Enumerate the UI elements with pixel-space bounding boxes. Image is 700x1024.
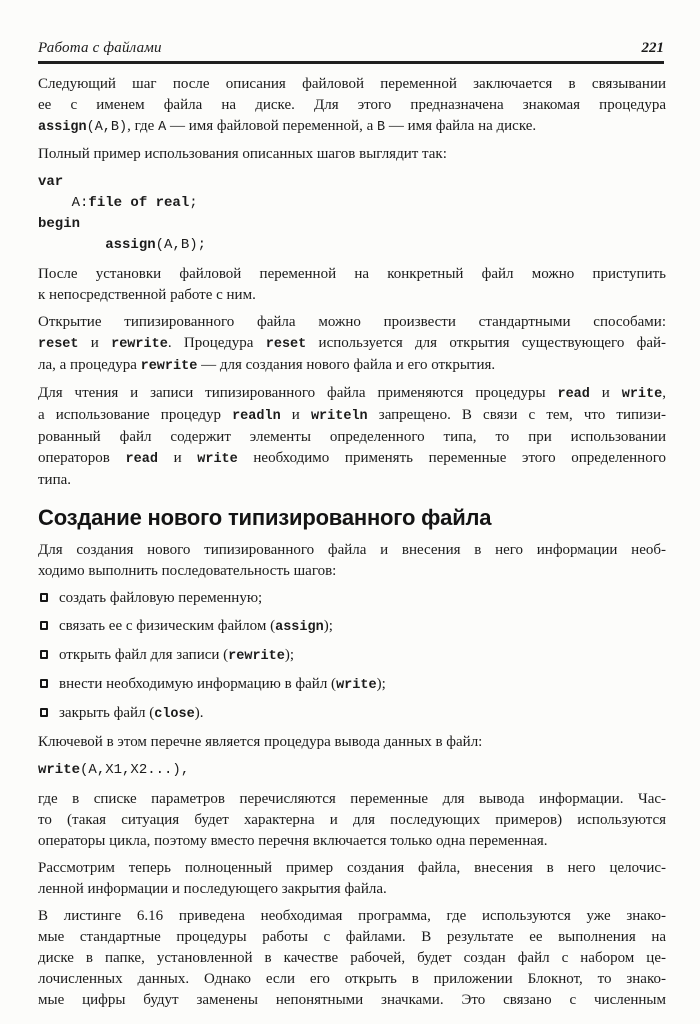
text-segment: ее с именем файла на диске. Для этого пр…: [38, 97, 666, 113]
bullet-text: закрыть файл (close).: [59, 703, 204, 725]
text-line: ходимо выполнить последовательность шаго…: [38, 561, 666, 582]
code-segment: (A,B): [87, 120, 128, 135]
text-line: мые цифры будут заменены непонятными зна…: [38, 990, 666, 1011]
code-segment: read: [557, 387, 589, 402]
text-line: reset и rewrite. Процедура reset использ…: [38, 333, 666, 355]
text-line: Следующий шаг после описания файловой пе…: [38, 74, 666, 95]
bullet-text: внести необходимую информацию в файл (wr…: [59, 674, 386, 696]
text-segment: создать файловую переменную;: [59, 590, 262, 606]
text-line: Открытие типизированного файла можно про…: [38, 312, 666, 333]
text-segment: — имя файловой переменной, а: [166, 118, 377, 134]
text-line: лочисленных данных. Однако если его откр…: [38, 969, 666, 990]
code-segment: ;: [189, 195, 197, 211]
text-line: мые стандартные процедуры работы с файла…: [38, 927, 666, 948]
code-segment: assign: [275, 620, 324, 635]
text-segment: ).: [195, 705, 204, 721]
code-segment: reset: [266, 337, 307, 352]
text-segment: );: [285, 647, 294, 663]
page-number: 221: [642, 40, 665, 57]
text-line: Для создания нового типизированного файл…: [38, 540, 666, 561]
text-segment: операторы цикла, поэтому вместо перечня …: [38, 833, 548, 849]
code-segment: write: [622, 387, 663, 402]
code-segment: rewrite: [141, 359, 198, 374]
code-segment: assign: [105, 237, 155, 253]
text-segment: то (такая ситуация будет характерна и дл…: [38, 812, 666, 828]
text-segment: В листинге 6.16 приведена необходимая пр…: [38, 908, 666, 924]
paragraph: Для создания нового типизированного файл…: [38, 540, 666, 582]
paragraph: Ключевой в этом перечне является процеду…: [38, 732, 666, 753]
text-segment: и: [281, 407, 311, 423]
code-block: var A:file of real;begin assign(A,B);: [38, 172, 666, 256]
text-segment: — имя файла на диске.: [385, 118, 536, 134]
square-bullet-icon: [40, 593, 48, 602]
text-segment: внести необходимую информацию в файл (: [59, 676, 336, 692]
code-segment: rewrite: [228, 649, 285, 664]
text-line: а использование процедур readln и writel…: [38, 405, 666, 427]
square-bullet-icon: [40, 679, 48, 688]
square-bullet-icon: [40, 650, 48, 659]
list-item: внести необходимую информацию в файл (wr…: [38, 674, 666, 696]
code-segment: (A,B);: [156, 237, 206, 253]
code-segment: read: [126, 452, 158, 467]
text-line: ла, а процедура rewrite — для создания н…: [38, 355, 666, 377]
paragraph: Рассмотрим теперь полноценный пример соз…: [38, 858, 666, 900]
text-segment: Для чтения и записи типизированного файл…: [38, 385, 557, 401]
text-segment: . Процедура: [168, 335, 266, 351]
text-segment: связать ее с физическим файлом (: [59, 618, 275, 634]
code-segment: var: [38, 174, 63, 190]
text-segment: ходимо выполнить последовательность шаго…: [38, 563, 336, 579]
page-content: Следующий шаг после описания файловой пе…: [38, 74, 666, 1011]
book-page: Работа с файлами 221 Следующий шаг после…: [0, 0, 700, 1024]
page-header: Работа с файлами 221: [38, 40, 664, 64]
text-line: После установки файловой переменной на к…: [38, 264, 666, 285]
text-line: рованный файл содержит элементы определе…: [38, 427, 666, 448]
text-segment: закрыть файл (: [59, 705, 154, 721]
paragraph: Следующий шаг после описания файловой пе…: [38, 74, 666, 138]
text-segment: к непосредственной работе с ним.: [38, 287, 256, 303]
running-title: Работа с файлами: [38, 40, 162, 57]
text-line: Полный пример использования описанных ша…: [38, 144, 666, 165]
text-segment: Рассмотрим теперь полноценный пример соз…: [38, 860, 666, 876]
square-bullet-icon: [40, 621, 48, 630]
code-line: var: [38, 172, 666, 193]
code-segment: reset: [38, 337, 79, 352]
text-segment: мые цифры будут заменены непонятными зна…: [38, 992, 666, 1008]
text-segment: ,: [662, 385, 666, 401]
text-line: ленной информации и последующего закрыти…: [38, 879, 666, 900]
text-line: где в списке параметров перечисляются пе…: [38, 789, 666, 810]
text-segment: );: [377, 676, 386, 692]
text-segment: После установки файловой переменной на к…: [38, 266, 666, 282]
text-segment: типа.: [38, 472, 71, 488]
text-segment: запрещено. В связи с тем, что типизи-: [368, 407, 666, 423]
text-segment: рованный файл содержит элементы определе…: [38, 429, 666, 445]
text-segment: — для создания нового файла и его открыт…: [197, 357, 495, 373]
code-segment: assign: [38, 120, 87, 135]
text-line: операторов read и write необходимо приме…: [38, 448, 666, 470]
text-line: В листинге 6.16 приведена необходимая пр…: [38, 906, 666, 927]
list-item: создать файловую переменную;: [38, 588, 666, 609]
text-segment: );: [324, 618, 333, 634]
paragraph: В листинге 6.16 приведена необходимая пр…: [38, 906, 666, 1011]
text-segment: Полный пример использования описанных ша…: [38, 146, 447, 162]
text-segment: Для создания нового типизированного файл…: [38, 542, 666, 558]
text-line: типа.: [38, 470, 666, 491]
text-segment: необходимо применять переменные этого оп…: [238, 450, 666, 466]
text-segment: Открытие типизированного файла можно про…: [38, 314, 666, 330]
square-bullet-icon: [40, 708, 48, 717]
paragraph: Открытие типизированного файла можно про…: [38, 312, 666, 377]
text-line: то (такая ситуация будет характерна и дл…: [38, 810, 666, 831]
text-segment: ла, а процедура: [38, 357, 141, 373]
text-segment: Следующий шаг после описания файловой пе…: [38, 76, 666, 92]
bullet-text: связать ее с физическим файлом (assign);: [59, 616, 333, 638]
text-segment: Ключевой в этом перечне является процеду…: [38, 734, 482, 750]
code-line: assign(A,B);: [38, 235, 666, 256]
text-line: операторы цикла, поэтому вместо перечня …: [38, 831, 666, 852]
code-segment: write: [336, 678, 377, 693]
text-segment: операторов: [38, 450, 126, 466]
text-segment: мые стандартные процедуры работы с файла…: [38, 929, 666, 945]
code-segment: [38, 237, 105, 253]
bullet-text: создать файловую переменную;: [59, 588, 262, 609]
text-segment: лочисленных данных. Однако если его откр…: [38, 971, 666, 987]
code-segment: file of real: [88, 195, 189, 211]
text-segment: и: [158, 450, 197, 466]
code-line: A:file of real;: [38, 193, 666, 214]
text-segment: открыть файл для записи (: [59, 647, 228, 663]
text-line: диске в папке, установленной в качестве …: [38, 948, 666, 969]
bullet-list: создать файловую переменную;связать ее с…: [38, 588, 666, 725]
code-segment: A:: [38, 195, 88, 211]
bullet-text: открыть файл для записи (rewrite);: [59, 645, 294, 667]
text-line: Для чтения и записи типизированного файл…: [38, 383, 666, 405]
paragraph: Для чтения и записи типизированного файл…: [38, 383, 666, 491]
text-line: assign(A,B), где A — имя файловой переме…: [38, 116, 666, 138]
text-segment: ленной информации и последующего закрыти…: [38, 881, 387, 897]
code-segment: rewrite: [111, 337, 168, 352]
text-segment: где в списке параметров перечисляются пе…: [38, 791, 666, 807]
code-line: write(A,X1,X2...),: [38, 760, 666, 781]
code-segment: A: [158, 120, 166, 135]
paragraph: После установки файловой переменной на к…: [38, 264, 666, 306]
code-line: begin: [38, 214, 666, 235]
code-segment: begin: [38, 216, 80, 232]
text-line: ее с именем файла на диске. Для этого пр…: [38, 95, 666, 116]
text-segment: диске в папке, установленной в качестве …: [38, 950, 666, 966]
code-segment: write: [197, 452, 238, 467]
list-item: закрыть файл (close).: [38, 703, 666, 725]
paragraph: где в списке параметров перечисляются пе…: [38, 789, 666, 852]
code-segment: readln: [232, 409, 281, 424]
code-segment: writeln: [311, 409, 368, 424]
paragraph: Полный пример использования описанных ша…: [38, 144, 666, 165]
code-segment: write: [38, 762, 80, 778]
list-item: связать ее с физическим файлом (assign);: [38, 616, 666, 638]
code-block: write(A,X1,X2...),: [38, 760, 666, 781]
text-line: к непосредственной работе с ним.: [38, 285, 666, 306]
text-line: Ключевой в этом перечне является процеду…: [38, 732, 666, 753]
list-item: открыть файл для записи (rewrite);: [38, 645, 666, 667]
section-heading: Создание нового типизированного файла: [38, 505, 666, 531]
code-segment: close: [154, 707, 195, 722]
code-segment: B: [377, 120, 385, 135]
text-segment: а использование процедур: [38, 407, 232, 423]
text-line: Рассмотрим теперь полноценный пример соз…: [38, 858, 666, 879]
code-segment: (A,X1,X2...),: [80, 762, 189, 778]
text-segment: используется для открытия существующего …: [306, 335, 666, 351]
text-segment: и: [590, 385, 622, 401]
text-segment: , где: [127, 118, 158, 134]
text-segment: и: [79, 335, 112, 351]
